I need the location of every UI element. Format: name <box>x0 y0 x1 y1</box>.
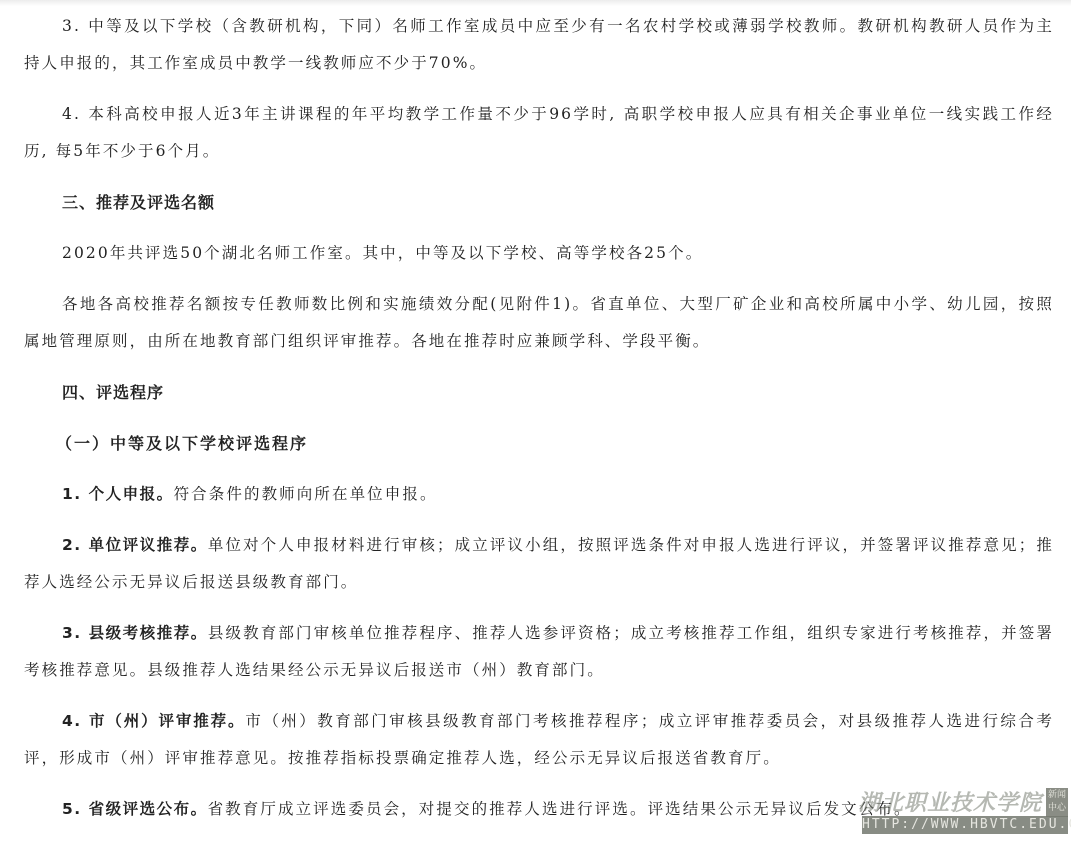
step-1-text: 符合条件的教师向所在单位申报。 <box>174 485 438 503</box>
paragraph-requirement-4: 4. 本科高校申报人近3年主讲课程的年平均教学工作量不少于96学时, 高职学校申… <box>24 96 1054 170</box>
procedure-step-3: 3. 县级考核推荐。县级教育部门审核单位推荐程序、推荐人选参评资格；成立考核推荐… <box>24 615 1054 689</box>
top-edge-shadow <box>0 0 1071 6</box>
watermark-news-center-badge: 新闻 中心 <box>1046 788 1068 817</box>
step-5-title: 5. 省级评选公布。 <box>62 800 208 818</box>
document-body: 3. 中等及以下学校（含教研机构，下同）名师工作室成员中应至少有一名农村学校或薄… <box>24 8 1054 842</box>
subsection-heading-secondary-schools: （一）中等及以下学校评选程序 <box>24 425 1054 462</box>
watermark-brand-logo: 湖北职业技术学院 <box>858 786 1042 817</box>
procedure-step-1: 1. 个人申报。符合条件的教师向所在单位申报。 <box>24 476 1054 513</box>
section-heading-quota: 三、推荐及评选名额 <box>24 184 1054 221</box>
watermark-tag-line-2: 中心 <box>1046 802 1068 815</box>
step-4-title: 4. 市（州）评审推荐。 <box>62 712 245 730</box>
watermark-url: HTTP://WWW.HBVTC.EDU.CN <box>862 816 1068 834</box>
step-5-text: 省教育厅成立评选委员会，对提交的推荐人选进行评选。评选结果公示无异议后发文公布。 <box>208 800 912 818</box>
section-heading-procedure: 四、评选程序 <box>24 374 1054 411</box>
paragraph-requirement-3: 3. 中等及以下学校（含教研机构，下同）名师工作室成员中应至少有一名农村学校或薄… <box>24 8 1054 82</box>
step-3-title: 3. 县级考核推荐。 <box>62 624 208 642</box>
procedure-step-4: 4. 市（州）评审推荐。市（州）教育部门审核县级教育部门考核推荐程序；成立评审推… <box>24 703 1054 777</box>
watermark-tag-line-1: 新闻 <box>1046 789 1068 802</box>
step-2-title: 2. 单位评议推荐。 <box>62 536 208 554</box>
step-1-title: 1. 个人申报。 <box>62 485 174 503</box>
paragraph-quota-total: 2020年共评选50个湖北名师工作室。其中，中等及以下学校、高等学校各25个。 <box>24 235 1054 272</box>
site-watermark: 湖北职业技术学院 新闻 中心 HTTP://WWW.HBVTC.EDU.CN <box>850 786 1070 836</box>
paragraph-quota-allocation: 各地各高校推荐名额按专任教师数比例和实施绩效分配(见附件1)。省直单位、大型厂矿… <box>24 286 1054 360</box>
procedure-step-2: 2. 单位评议推荐。单位对个人申报材料进行审核；成立评议小组，按照评选条件对申报… <box>24 527 1054 601</box>
